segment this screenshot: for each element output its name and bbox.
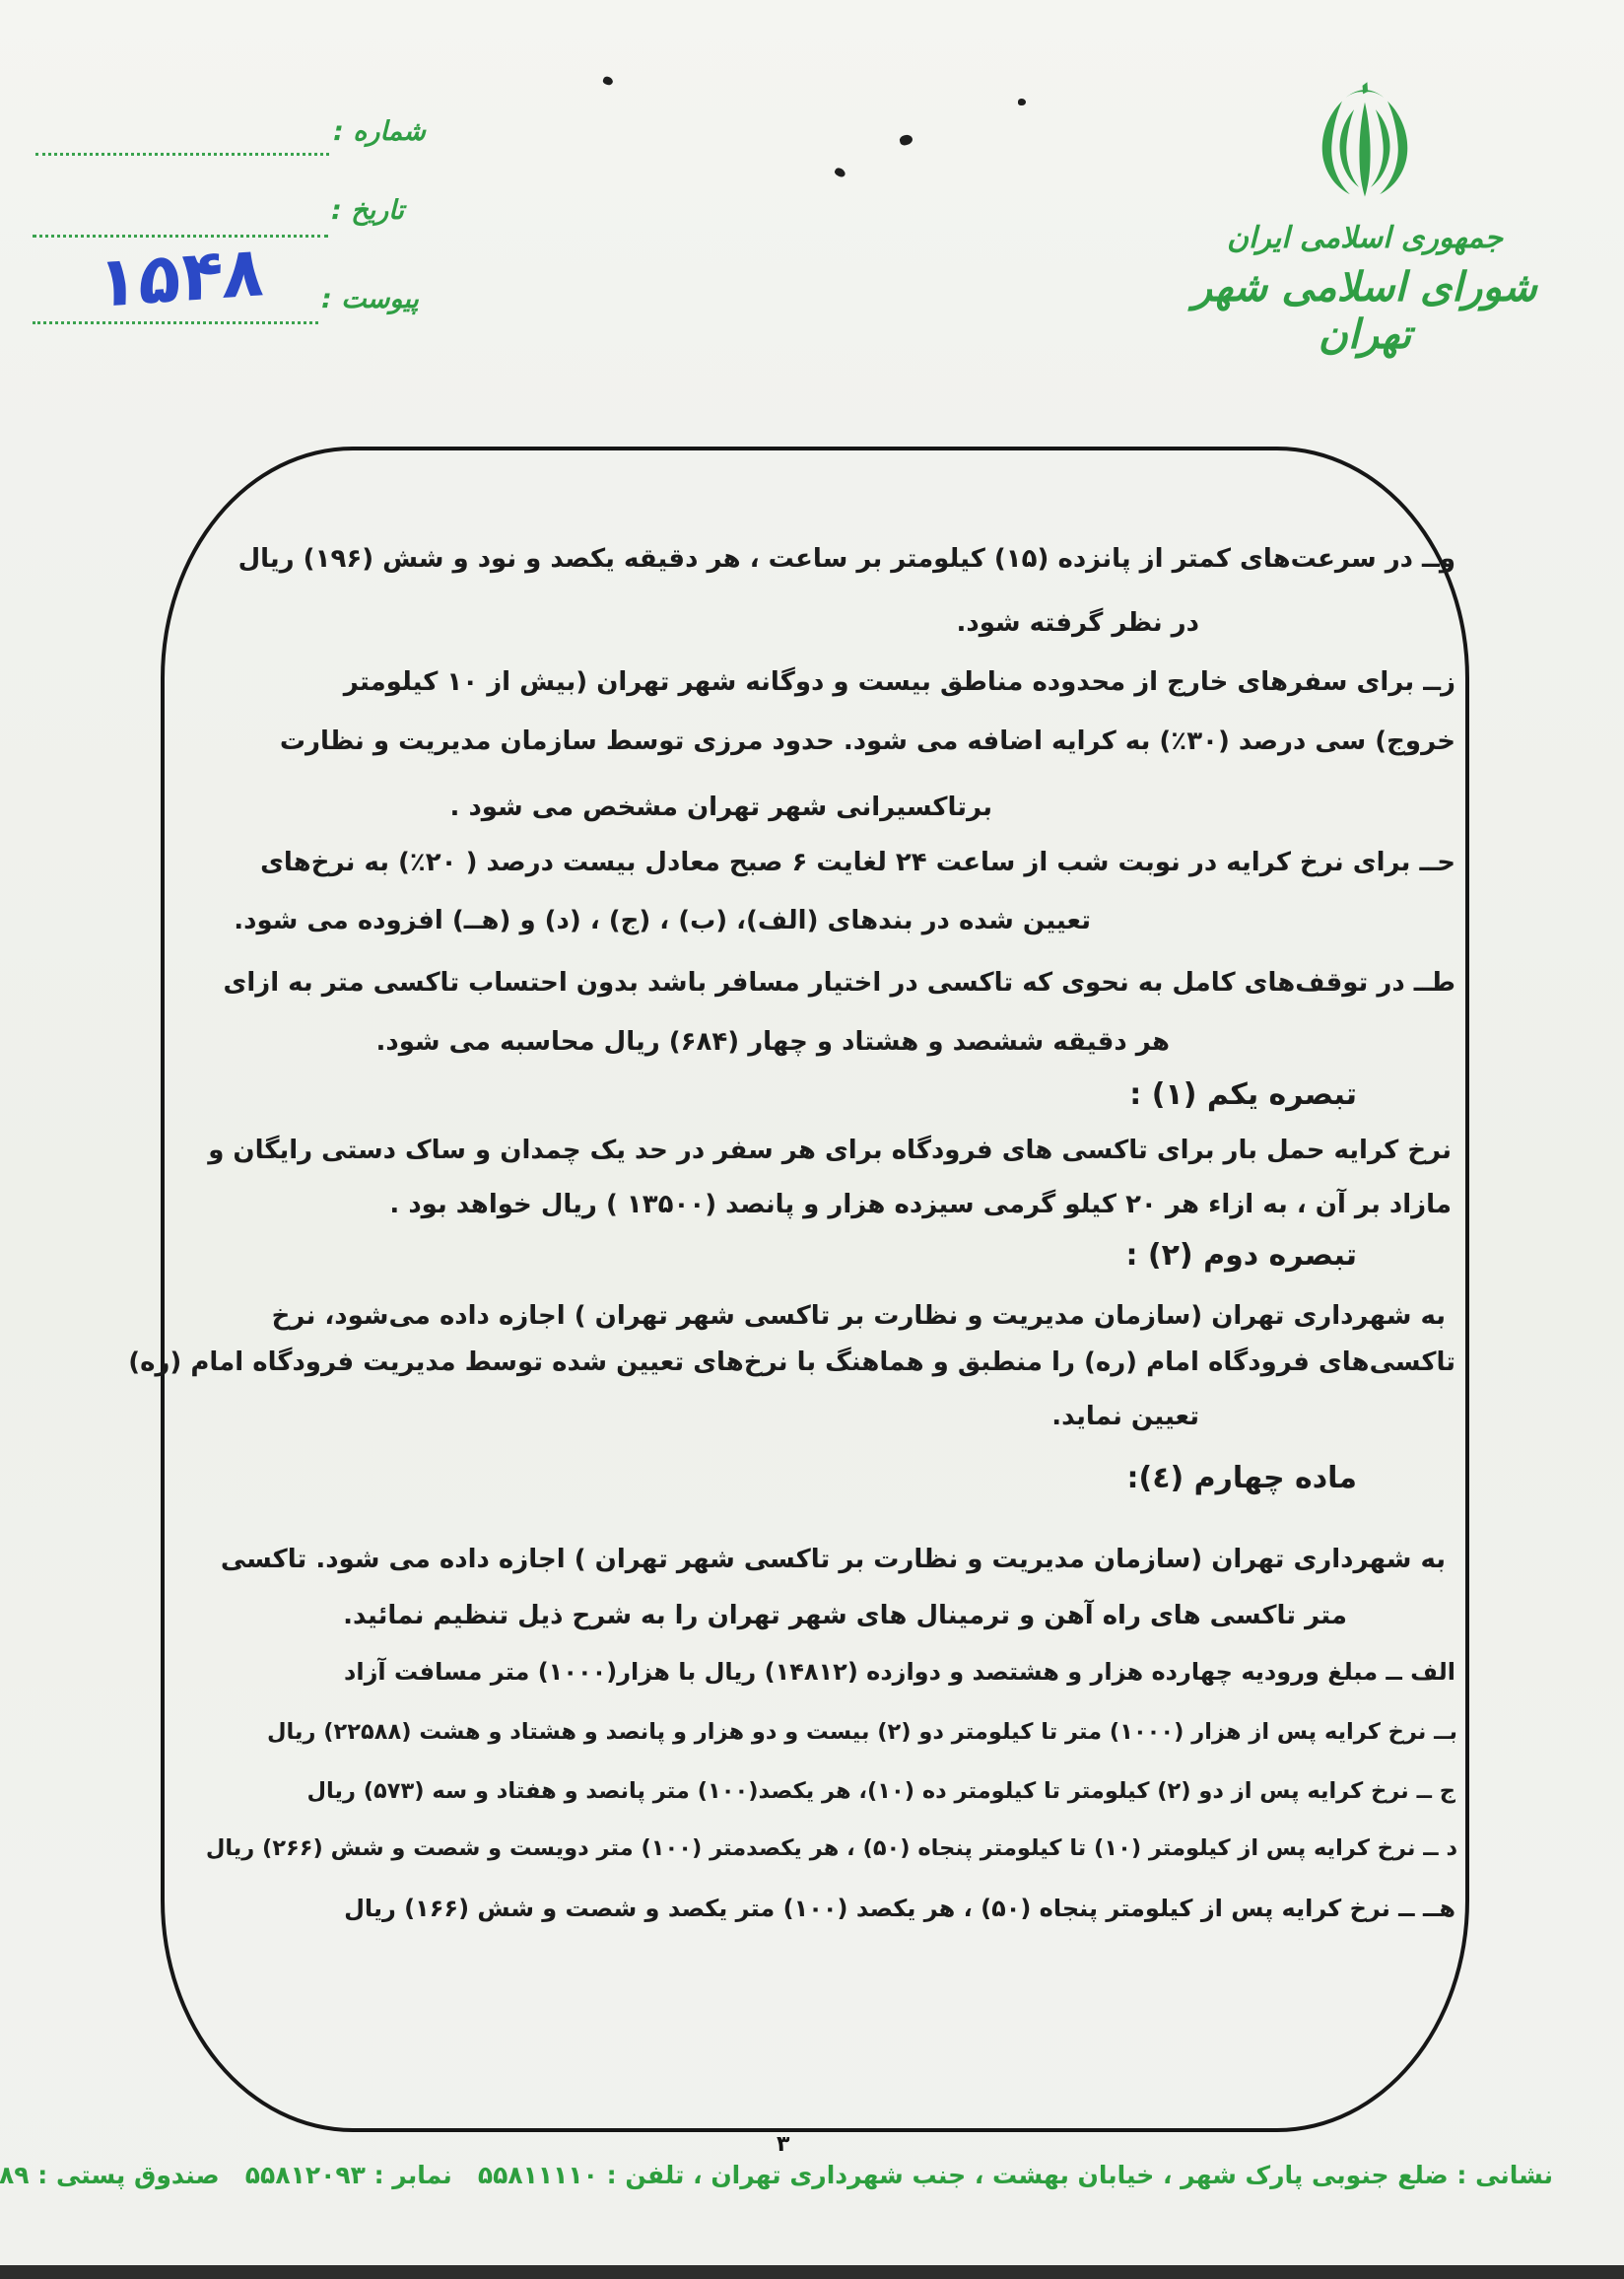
scanned-letter-page: { "header": { "org_line1": "جمهوری اسلام…: [0, 0, 1624, 2279]
field-label-number: شماره :: [333, 116, 426, 147]
body-line: نرخ کرایه حمل بار برای تاکسی های فرودگاه…: [208, 1136, 1452, 1165]
section-heading-article4: ماده چهارم (٤):: [1126, 1461, 1357, 1495]
field-label-attachment: پیوست :: [321, 284, 419, 314]
body-line: به شهرداری تهران (سازمان مدیریت و نظارت …: [272, 1301, 1446, 1331]
document-border-box: وــ در سرعت‌های کمتر از پانزده (۱۵) کیلو…: [161, 447, 1469, 2132]
handwritten-attachment-number: ۱۵۴۸: [96, 231, 266, 323]
leader-line-number: [35, 153, 329, 156]
leader-line-attachment: [33, 321, 318, 324]
body-line: در نظر گرفته شود.: [956, 608, 1199, 638]
section-heading-note2: تبصره دوم (۲) :: [1125, 1238, 1357, 1273]
org-name-country: جمهوری اسلامی ایران: [1173, 221, 1557, 255]
handwritten-footer-mark: ۳: [777, 2132, 789, 2157]
body-line: برتاکسیرانی شهر تهران مشخص می شود .: [450, 793, 992, 822]
body-line: وــ در سرعت‌های کمتر از پانزده (۱۵) کیلو…: [238, 544, 1455, 574]
iran-emblem-icon: [1302, 81, 1428, 205]
body-line: خروج) سی درصد (۳۰٪) به کرایه اضافه می شو…: [280, 726, 1455, 756]
fare-item-jim: ج ــ نرخ کرایه پس از دو (۲) کیلومتر تا ک…: [307, 1778, 1455, 1804]
body-line: هر دقیقه ششصد و هشتاد و چهار (۶۸۴) ریال …: [375, 1027, 1170, 1057]
org-name-council: شورای اسلامی شهر تهران: [1173, 263, 1557, 358]
section-heading-note1: تبصره یکم (۱) :: [1129, 1077, 1357, 1112]
scan-bottom-edge: [0, 2265, 1624, 2279]
body-line: به شهرداری تهران (سازمان مدیریت و نظارت …: [221, 1545, 1446, 1574]
body-line: متر تاکسی های راه آهن و ترمینال های شهر …: [343, 1601, 1347, 1630]
body-line: تاکسی‌های فرودگاه امام (ره) را منطبق و ه…: [128, 1347, 1455, 1377]
body-line: زــ برای سفرهای خارج از محدوده مناطق بیس…: [344, 667, 1455, 697]
fare-item-dal: د ــ نرخ کرایه پس از کیلومتر (۱۰) تا کیل…: [206, 1835, 1457, 1861]
body-line: طــ در توقف‌های کامل به نحوی که تاکسی در…: [223, 968, 1455, 998]
scan-speck: [1018, 99, 1026, 105]
scan-speck: [899, 133, 913, 146]
body-line: حــ برای نرخ کرایه در نوبت شب از ساعت ۲۴…: [260, 848, 1455, 877]
letterhead-org-block: جمهوری اسلامی ایران شورای اسلامی شهر تهر…: [1173, 81, 1557, 358]
fare-item-he: هــ ــ نرخ کرایه پس از کیلومتر پنجاه (۵۰…: [344, 1895, 1455, 1922]
scan-speck: [834, 167, 847, 178]
fare-item-be: بــ نرخ کرایه پس از هزار (۱۰۰۰) متر تا ک…: [267, 1719, 1457, 1745]
scan-speck: [602, 76, 614, 87]
body-line: تعیین نماید.: [1051, 1402, 1199, 1431]
footer-address: نشانی : ضلع جنوبی پارک شهر ، خیابان بهشت…: [0, 2161, 1553, 2189]
body-line: تعیین شده در بندهای (الف)، (ب) ، (ج) ، (…: [234, 906, 1091, 935]
body-line: مازاد بر آن ، به ازاء هر ۲۰ کیلو گرمی سی…: [389, 1190, 1452, 1219]
field-label-date: تاریخ :: [331, 195, 404, 226]
fare-item-alef: الف ــ مبلغ ورودیه چهارده هزار و هشتصد و…: [344, 1658, 1455, 1686]
